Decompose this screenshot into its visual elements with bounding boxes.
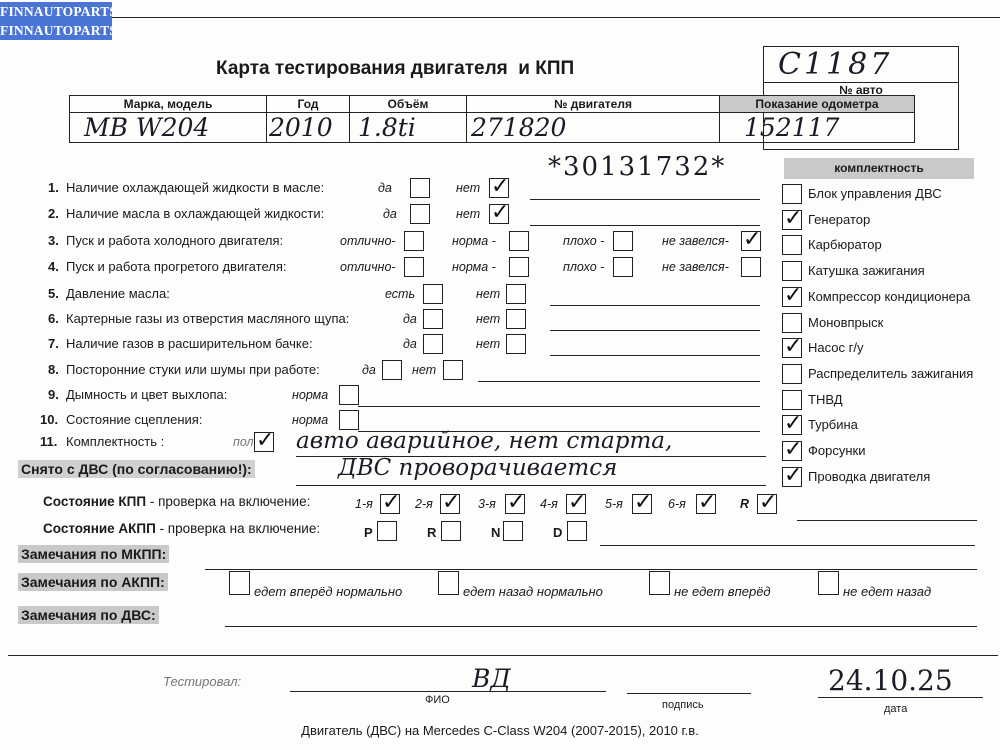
option-checkbox[interactable] [489, 178, 509, 198]
check-label: Наличие охлаждающей жидкости в масле: [66, 180, 324, 195]
gear-checkbox[interactable] [441, 521, 461, 541]
engine-number-label: № двигателя [467, 96, 720, 113]
gear-checkbox[interactable] [503, 521, 523, 541]
option-label: отлично- [340, 260, 396, 274]
mt-label-rest: - проверка на включение: [146, 494, 310, 509]
notes-line [478, 381, 760, 382]
option-label: да [403, 312, 417, 326]
engine-remarks-line-2 [8, 655, 998, 656]
option-checkbox[interactable] [489, 204, 509, 224]
check-number: 3. [48, 233, 59, 248]
gear-checkbox[interactable] [757, 494, 777, 514]
option-checkbox[interactable] [613, 231, 633, 251]
watermark-line-2: FINNAUTOPARTS [0, 21, 112, 40]
tested-by-label: Тестировал: [163, 674, 241, 689]
at-remark-checkbox[interactable] [438, 571, 459, 595]
option-checkbox[interactable] [339, 410, 359, 430]
completeness-label: ТНВД [808, 392, 843, 407]
completeness-label: Форсунки [808, 443, 865, 458]
odometer-value: 152117 [720, 113, 915, 143]
check-number: 5. [48, 286, 59, 301]
gear-checkbox[interactable] [567, 521, 587, 541]
odometer-label: Показание одометра [720, 96, 915, 113]
gear-label: P [364, 525, 373, 540]
gear-checkbox[interactable] [440, 494, 460, 514]
option-label: нет [476, 312, 500, 326]
option-checkbox[interactable] [254, 432, 274, 452]
option-checkbox[interactable] [423, 309, 443, 329]
removed-note: ДВС проворачивается [338, 455, 617, 481]
at-label: Состояние АКПП - проверка на включение: [43, 521, 320, 536]
completeness-checkbox[interactable] [782, 364, 802, 384]
completeness-checkbox[interactable] [782, 261, 802, 281]
completeness-label: Катушка зажигания [808, 263, 925, 278]
completeness-checkbox[interactable] [782, 467, 802, 487]
completeness-checkbox[interactable] [782, 184, 802, 204]
completeness-label: Генератор [808, 212, 870, 227]
at-label-rest: - проверка на включение: [156, 521, 320, 536]
completeness-checkbox[interactable] [782, 210, 802, 230]
option-checkbox[interactable] [410, 178, 430, 198]
gear-label: D [553, 525, 562, 540]
at-line [600, 545, 975, 546]
mt-label-bold: Состояние КПП [43, 494, 146, 509]
check-label: Состояние сцепления: [66, 412, 202, 427]
option-checkbox[interactable] [404, 231, 424, 251]
completeness-label: Распределитель зажигания [808, 366, 973, 381]
completeness-checkbox[interactable] [782, 287, 802, 307]
option-checkbox[interactable] [741, 231, 761, 251]
option-checkbox[interactable] [506, 334, 526, 354]
check-label: Давление масла: [66, 286, 170, 301]
at-remark-checkbox[interactable] [818, 571, 839, 595]
completeness-label: Насос г/у [808, 340, 863, 355]
check-label: Дымность и цвет выхлопа: [66, 387, 227, 402]
top-rule [112, 17, 1000, 18]
completeness-header: комплектность [784, 158, 974, 179]
date-line [818, 697, 983, 698]
page-title: Карта тестирования двигателя и КПП [216, 58, 574, 80]
volume-value: 1.8ti [350, 113, 467, 143]
at-remark-checkbox[interactable] [649, 571, 670, 595]
option-checkbox[interactable] [506, 284, 526, 304]
volume-label: Объём [350, 96, 467, 113]
at-remark-label: едет назад нормально [463, 584, 603, 599]
check-label: Наличие масла в охлаждающей жидкости: [66, 206, 324, 221]
year-label: Год [267, 96, 350, 113]
at-label-bold: Состояние АКПП [43, 521, 156, 536]
mt-remarks-line [205, 569, 977, 570]
completeness-label: Блок управления ДВС [808, 186, 942, 201]
notes-line [550, 330, 760, 331]
make-label: Марка, модель [70, 96, 267, 113]
option-label: норма [292, 388, 328, 402]
option-checkbox[interactable] [423, 284, 443, 304]
option-label: плохо - [563, 260, 604, 274]
check-number: 11. [40, 434, 57, 449]
gear-checkbox[interactable] [505, 494, 525, 514]
option-checkbox[interactable] [613, 257, 633, 277]
option-checkbox[interactable] [741, 257, 761, 277]
check-number: 4. [48, 259, 59, 274]
at-remark-label: едет вперёд нормально [254, 584, 402, 599]
option-label: нет [476, 337, 500, 351]
check-number: 2. [48, 206, 59, 221]
check-number: 6. [48, 311, 59, 326]
date-label: дата [884, 703, 907, 715]
at-remarks-label: Замечания по АКПП: [18, 573, 168, 591]
completeness-checkbox[interactable] [782, 415, 802, 435]
year-value: 2010 [267, 113, 350, 143]
date-value: 24.10.25 [828, 664, 953, 697]
caption: Двигатель (ДВС) на Mercedes C-Class W204… [0, 723, 1000, 738]
option-label: есть [385, 287, 415, 301]
gear-checkbox[interactable] [696, 494, 716, 514]
check-label: Пуск и работа холодного двигателя: [66, 233, 283, 248]
option-label: да [403, 337, 417, 351]
mt-line [797, 520, 977, 521]
gear-label: N [491, 525, 500, 540]
make-value: MB W204 [70, 113, 267, 143]
option-checkbox[interactable] [410, 204, 430, 224]
option-label: нет [456, 207, 480, 221]
signature-line [627, 693, 751, 694]
engine-remarks-line [225, 626, 977, 627]
gear-checkbox[interactable] [377, 521, 397, 541]
name-label: ФИО [425, 694, 450, 706]
check-number: 8. [48, 362, 59, 377]
option-checkbox[interactable] [423, 334, 443, 354]
check-label: Картерные газы из отверстия масляного щу… [66, 311, 349, 326]
gear-label: 2-я [415, 497, 433, 511]
removed-label: Снято с ДВС (по согласованию!): [18, 460, 255, 478]
option-label: да [362, 363, 376, 377]
gear-label: 4-я [540, 497, 558, 511]
option-checkbox[interactable] [509, 257, 529, 277]
vehicle-number-value: C1187 [778, 47, 892, 82]
notes-line [550, 305, 760, 306]
removed-note-line [296, 485, 766, 486]
gear-checkbox[interactable] [632, 494, 652, 514]
notes-line [358, 406, 760, 407]
option-checkbox[interactable] [443, 360, 463, 380]
barcode-number: *30131732* [548, 152, 726, 182]
at-remark-checkbox[interactable] [229, 571, 250, 595]
at-remark-label: не едет назад [843, 584, 931, 599]
gear-checkbox[interactable] [380, 494, 400, 514]
check-label: Наличие газов в расширительном бачке: [66, 336, 313, 351]
check-label: Комплектность : [66, 434, 164, 449]
option-label: плохо - [563, 234, 604, 248]
option-checkbox[interactable] [404, 257, 424, 277]
option-label: нет [476, 287, 500, 301]
completeness-checkbox[interactable] [782, 235, 802, 255]
check-number: 1. [48, 180, 59, 195]
engine-remarks-label: Замечания по ДВС: [18, 606, 159, 624]
completeness-checkbox[interactable] [782, 441, 802, 461]
option-label: норма - [452, 234, 496, 248]
notes-line [550, 355, 760, 356]
option-label: нет [412, 363, 436, 377]
vehicle-info-table: Марка, модель Год Объём № двигателя Пока… [69, 95, 915, 143]
check-label: Пуск и работа прогретого двигателя: [66, 259, 286, 274]
check-label: Посторонние стуки или шумы при работе: [66, 362, 320, 377]
option-checkbox[interactable] [509, 231, 529, 251]
gear-checkbox[interactable] [566, 494, 586, 514]
completeness-label: Карбюратор [808, 237, 882, 252]
watermark-line-1: FINNAUTOPARTS [0, 2, 112, 21]
mt-remarks-label: Замечания по МКПП: [18, 545, 169, 563]
option-label: не завелся- [662, 260, 729, 274]
mt-label: Состояние КПП - проверка на включение: [43, 494, 310, 509]
gear-label: 5-я [605, 497, 623, 511]
completeness-checkbox[interactable] [782, 390, 802, 410]
gear-label: R [427, 525, 436, 540]
option-label: не завелся- [662, 234, 729, 248]
check-number: 9. [48, 387, 59, 402]
completeness-label: Турбина [808, 417, 858, 432]
check-number: 7. [48, 336, 59, 351]
gear-label: R [740, 497, 749, 511]
at-remark-label: не едет вперёд [674, 584, 771, 599]
gear-label: 6-я [668, 497, 686, 511]
completeness-label: Моновпрыск [808, 315, 883, 330]
option-checkbox[interactable] [382, 360, 402, 380]
completeness-checkbox[interactable] [782, 338, 802, 358]
check-number: 10. [40, 412, 58, 427]
option-label: да [378, 181, 392, 195]
signature-label: подпись [662, 699, 704, 711]
engine-number-value: 271820 [467, 113, 720, 143]
option-checkbox[interactable] [339, 385, 359, 405]
option-label: норма [292, 413, 328, 427]
option-label: да [383, 207, 397, 221]
option-checkbox[interactable] [506, 309, 526, 329]
completeness-label: Компрессор кондиционера [808, 289, 970, 304]
name-line [290, 691, 606, 692]
option-label: нет [456, 181, 480, 195]
notes-line [530, 225, 760, 226]
completeness-note: авто аварийное, нет старта, [296, 428, 672, 454]
notes-line [530, 199, 760, 200]
gear-label: 3-я [478, 497, 496, 511]
gear-label: 1-я [355, 497, 373, 511]
option-label: норма - [452, 260, 496, 274]
option-label: отлично- [340, 234, 396, 248]
tester-name-value: ВД [472, 664, 511, 693]
completeness-label: Проводка двигателя [808, 469, 930, 484]
completeness-checkbox[interactable] [782, 313, 802, 333]
